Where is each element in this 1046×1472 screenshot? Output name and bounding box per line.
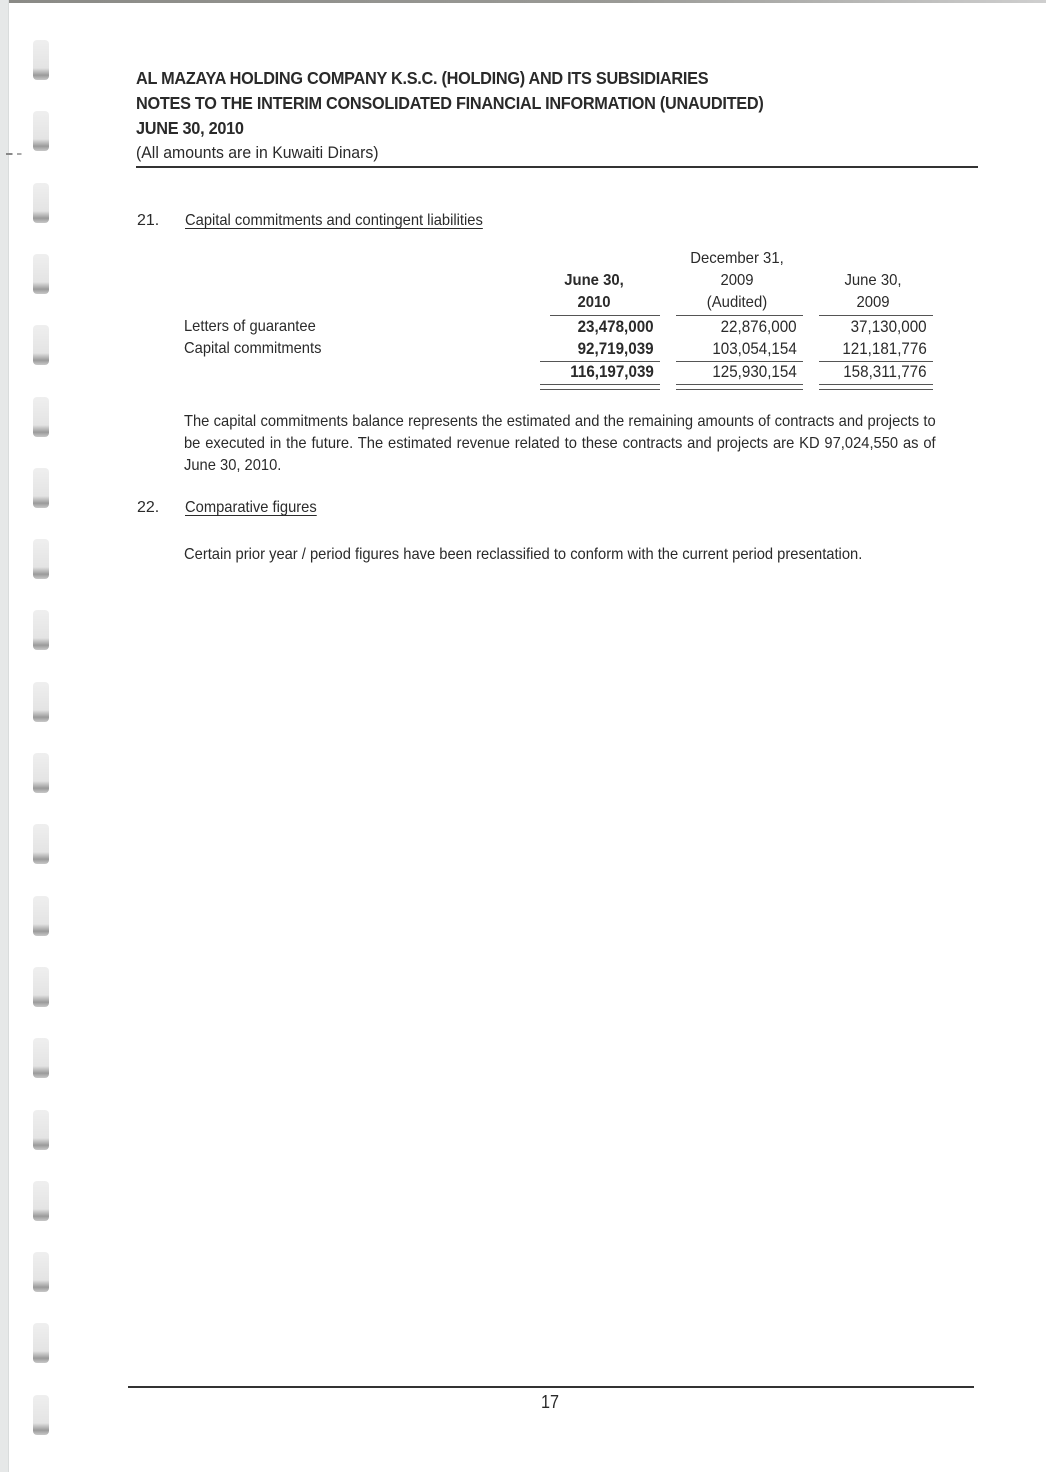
binding-hole xyxy=(33,1038,49,1078)
subtotal-underline xyxy=(676,361,803,362)
total-double-underline xyxy=(676,384,803,390)
binding-hole xyxy=(33,682,49,722)
header-underline xyxy=(550,315,660,316)
page-number: 17 xyxy=(505,1392,595,1413)
note-21-paragraph: The capital commitments balance represen… xyxy=(184,411,936,477)
binding-hole xyxy=(33,967,49,1007)
cell-value: 103,054,154 xyxy=(713,340,797,359)
binding-hole xyxy=(33,1323,49,1363)
note-title: Comparative figures xyxy=(185,499,317,517)
total-value: 116,197,039 xyxy=(570,363,654,382)
binding-hole xyxy=(33,610,49,650)
column-header-line: June 30, xyxy=(824,270,923,292)
total-value: 125,930,154 xyxy=(713,363,797,382)
row-label-capital-commitments: Capital commitments xyxy=(184,340,321,358)
currency-note: (All amounts are in Kuwaiti Dinars) xyxy=(136,141,919,165)
binding-edge xyxy=(0,0,9,1472)
note-number: 21. xyxy=(137,212,159,230)
paragraph-text: Certain prior year / period figures have… xyxy=(184,544,936,566)
header-underline xyxy=(676,315,803,316)
binding-hole xyxy=(33,896,49,936)
row-label-letters-of-guarantee: Letters of guarantee xyxy=(184,318,316,336)
column-header-dec-2009: December 31, 2009 (Audited) xyxy=(677,248,798,314)
binding-hole xyxy=(33,183,49,223)
subtotal-underline xyxy=(819,361,933,362)
cell-value: 37,130,000 xyxy=(851,318,927,337)
binding-hole xyxy=(33,40,49,80)
binding-hole xyxy=(33,1110,49,1150)
header-underline xyxy=(819,315,933,316)
binding-hole xyxy=(33,254,49,294)
column-header-line: June 30, xyxy=(548,270,641,292)
note-number: 22. xyxy=(137,499,159,517)
cell-value: 22,876,000 xyxy=(721,318,797,337)
footer-divider xyxy=(128,1386,974,1388)
cell-value: 121,181,776 xyxy=(843,340,927,359)
binding-hole xyxy=(33,1181,49,1221)
note-22-paragraph: Certain prior year / period figures have… xyxy=(184,544,944,566)
column-header-june-2009: June 30, 2009 xyxy=(824,270,923,314)
binding-hole xyxy=(33,1395,49,1435)
binding-hole xyxy=(33,1252,49,1292)
binding-hole xyxy=(33,111,49,151)
document-header: AL MAZAYA HOLDING COMPANY K.S.C. (HOLDIN… xyxy=(136,66,978,165)
cell-value: 23,478,000 xyxy=(578,318,654,337)
document-title: NOTES TO THE INTERIM CONSOLIDATED FINANC… xyxy=(136,91,919,116)
header-divider xyxy=(136,166,978,168)
binding-hole xyxy=(33,753,49,793)
total-value: 158,311,776 xyxy=(844,363,927,382)
column-header-line: (Audited) xyxy=(677,292,798,314)
total-double-underline xyxy=(540,384,660,390)
note-title: Capital commitments and contingent liabi… xyxy=(185,212,483,230)
cell-value: 92,719,039 xyxy=(578,340,654,359)
company-name: AL MAZAYA HOLDING COMPANY K.S.C. (HOLDIN… xyxy=(136,66,919,91)
column-header-line: 2009 xyxy=(677,270,798,292)
report-date: JUNE 30, 2010 xyxy=(136,116,919,141)
column-header-line: 2009 xyxy=(824,292,923,314)
column-header-june-2010: June 30, 2010 xyxy=(548,270,641,314)
scan-mark xyxy=(6,153,28,155)
column-header-line: December 31, xyxy=(677,248,798,270)
binding-hole xyxy=(33,539,49,579)
binding-hole xyxy=(33,397,49,437)
page-top-edge xyxy=(0,0,1046,3)
subtotal-underline xyxy=(540,361,660,362)
binding-hole xyxy=(33,824,49,864)
column-header-line: 2010 xyxy=(548,292,641,314)
binding-hole xyxy=(33,325,49,365)
binding-hole xyxy=(33,468,49,508)
total-double-underline xyxy=(819,384,933,390)
paragraph-text: The capital commitments balance represen… xyxy=(184,411,936,477)
